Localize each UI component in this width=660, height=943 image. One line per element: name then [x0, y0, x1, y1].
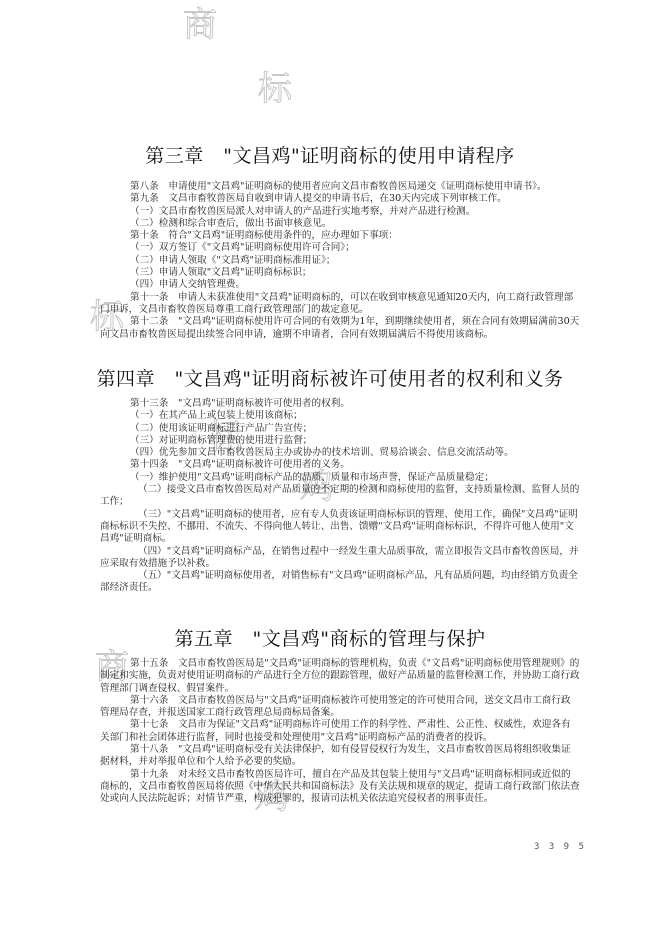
chapter-3-body: 第八条 申请使用"文昌鸡"证明商标的使用者应向文昌市畜牧兽医局递交《证明商标使用… — [100, 181, 580, 341]
article-paragraph: 第十条 符合"文昌鸡"证明商标使用条件的，应办理如下事项： — [100, 230, 580, 242]
article-paragraph: （二）使用该证明商标进行产品广告宣传； — [100, 423, 580, 435]
article-paragraph: （一）在其产品上或包装上使用该商标； — [100, 410, 580, 422]
chapter-3-title: 第三章 "文昌鸡"证明商标的使用申请程序 — [0, 141, 660, 168]
article-paragraph: （三）"文昌鸡"证明商标的使用者，应有专人负责该证明商标标识的管理、使用工作，确… — [100, 509, 580, 546]
article-paragraph: 第十六条 文昌市畜牧兽医局与"文昌鸡"证明商标被许可使用签定的许可使用合同，送交… — [100, 695, 580, 720]
article-paragraph: （一）文昌市畜牧兽医局派人对申请人的产品进行实地考察，并对产品进行检测。 — [100, 206, 580, 218]
article-paragraph: 第八条 申请使用"文昌鸡"证明商标的使用者应向文昌市畜牧兽医局递交《证明商标使用… — [100, 181, 580, 193]
article-paragraph: （四）申请人交纳管理费。 — [100, 279, 580, 291]
article-paragraph: （二）接受文昌市畜牧兽医局对产品质量的不定期的检测和商标使用的监督，支持质量检测… — [100, 484, 580, 509]
article-paragraph: 第九条 文昌市畜牧兽医局自收到申请人提交的申请书后，在30天内完成下列审核工作。 — [100, 193, 580, 205]
article-paragraph: 第十四条 "文昌鸡"证明商标被许可使用者的义务。 — [100, 459, 580, 471]
article-paragraph: 第十三条 "文昌鸡"证明商标被许可使用者的权利。 — [100, 398, 580, 410]
article-paragraph: 第十七条 文昌市为保证"文昌鸡"证明商标许可使用工作的科学性、严肃性、公正性、权… — [100, 719, 580, 744]
article-paragraph: 第十一条 申请人未获准使用"文昌鸡"证明商标的，可以在收到审核意见通知20天内，… — [100, 292, 580, 317]
watermark-icon: 商 — [183, 8, 217, 42]
article-paragraph: （四）优先参加文昌市畜牧兽医局主办或协办的技术培训、贸易洽谈会、信息交流活动等。 — [100, 447, 580, 459]
article-paragraph: （三）对证明商标管理费的使用进行监督； — [100, 435, 580, 447]
article-paragraph: （三）申请人领取"文昌鸡"证明商标标识； — [100, 267, 580, 279]
article-paragraph: 第十五条 文昌市畜牧兽医局是"文昌鸡"证明商标的管理机构，负责《"文昌鸡"证明商… — [100, 658, 580, 695]
article-paragraph: （二）检测和综合审查后，做出书面审核意见。 — [100, 218, 580, 230]
article-paragraph: （二）申请人领取《"文昌鸡"证明商标准用证》； — [100, 255, 580, 267]
article-paragraph: 第十八条 "文昌鸡"证明商标受有关法律保护，如有侵冒侵权行为发生，文昌市畜牧兽医… — [100, 744, 580, 769]
article-paragraph: （一）维护使用"文昌鸡"证明商标产品的品质、质量和市场声誉，保证产品质量稳定； — [100, 472, 580, 484]
article-paragraph: （四）"文昌鸡"证明商标产品，在销售过程中一经发生重大品质事故，需立即报告文昌市… — [100, 546, 580, 571]
chapter-4-body: 第十三条 "文昌鸡"证明商标被许可使用者的权利。（一）在其产品上或包装上使用该商… — [100, 398, 580, 595]
chapter-4-title: 第四章 "文昌鸡"证明商标被许可使用者的权利和义务 — [0, 364, 660, 391]
chapter-5-body: 第十五条 文昌市畜牧兽医局是"文昌鸡"证明商标的管理机构，负责《"文昌鸡"证明商… — [100, 658, 580, 806]
watermark-icon: 标 — [258, 72, 292, 106]
page-number: 3 3 9 5 — [534, 842, 586, 852]
article-paragraph: 第十九条 对未经文昌市畜牧兽医局许可，擅自在产品及其包装上使用与"文昌鸡"证明商… — [100, 769, 580, 806]
article-paragraph: （一）双方签订《"文昌鸡"证明商标使用许可合同》； — [100, 242, 580, 254]
article-paragraph: （五）"文昌鸡"证明商标使用者，对销售标有"文昌鸡"证明商标产品，凡有品质问题，… — [100, 570, 580, 595]
article-paragraph: 第十二条 "文昌鸡"证明商标使用许可合同的有效期为1年，到期继续使用者，须在合同… — [100, 316, 580, 341]
chapter-5-title: 第五章 "文昌鸡"商标的管理与保护 — [0, 624, 660, 651]
